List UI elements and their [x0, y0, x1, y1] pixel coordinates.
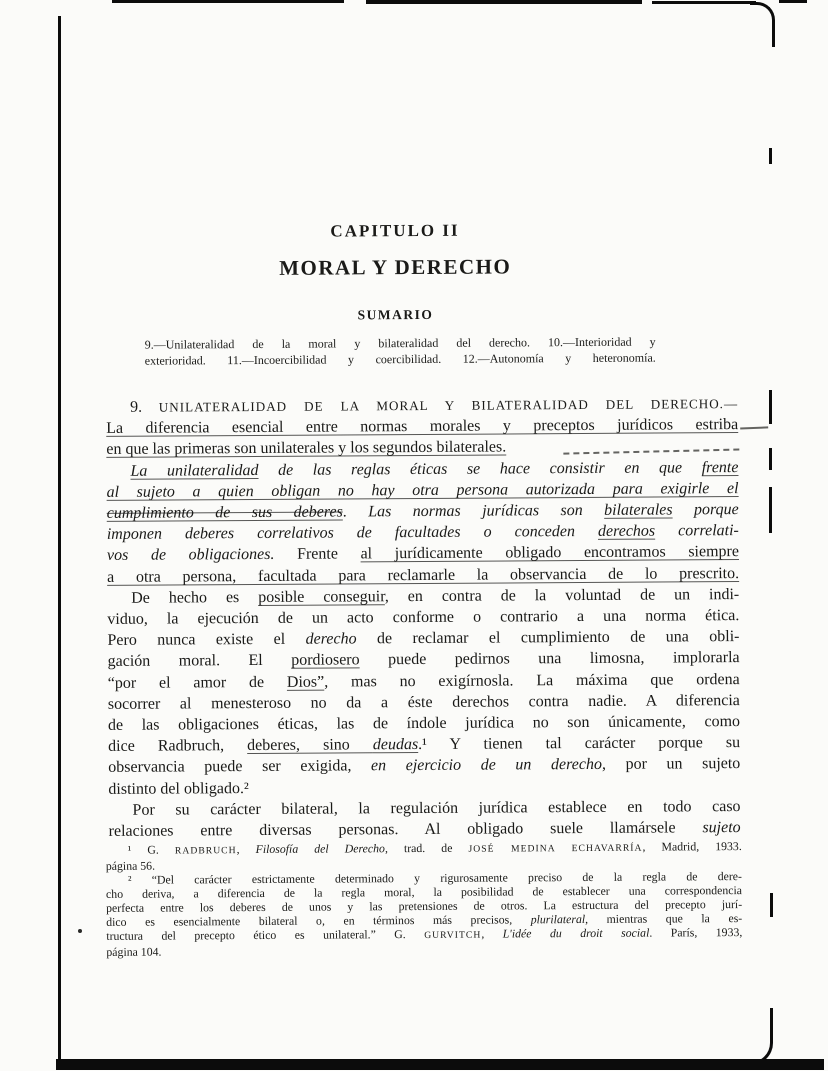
text-line: exterioridad. 11.—Incoercibilidad y coer… — [145, 350, 656, 369]
paragraph: Por su carácter bilateral, la regulación… — [108, 796, 740, 842]
scanned-book-page: CAPITULO II MORAL Y DERECHO SUMARIO 9.—U… — [0, 0, 828, 1071]
paragraph: 9.—Unilateralidad de la moral y bilatera… — [145, 334, 656, 370]
chapter-heading: CAPITULO II — [330, 221, 459, 242]
text-line: La diferencia esencial entre normas mora… — [106, 414, 738, 439]
paragraph: ¹ G. RADBRUCH, Filosofía del Derecho, tr… — [106, 839, 742, 873]
paragraph: La unilateralidad de las reglas éticas s… — [106, 457, 739, 588]
body-text: 9. UNILATERALIDAD DE LA MORAL Y BILATERA… — [106, 393, 741, 842]
text-line: relaciones entre diversas personas. Al o… — [109, 817, 741, 842]
summary-heading: SUMARIO — [358, 307, 434, 323]
pencil-dash-annotation — [740, 426, 768, 429]
page-title: MORAL Y DERECHO — [279, 254, 511, 280]
paragraph: ² “Del carácter estrictamente determinad… — [106, 869, 743, 959]
paragraph: De hecho es posible conseguir, en contra… — [107, 584, 740, 800]
page-content: CAPITULO II MORAL Y DERECHO SUMARIO 9.—U… — [0, 0, 828, 1071]
footnotes: ¹ G. RADBRUCH, Filosofía del Derecho, tr… — [106, 839, 743, 959]
summary-paragraph: 9.—Unilateralidad de la moral y bilatera… — [145, 334, 656, 370]
text-line: observancia puede ser exigida, en ejerci… — [108, 754, 740, 779]
